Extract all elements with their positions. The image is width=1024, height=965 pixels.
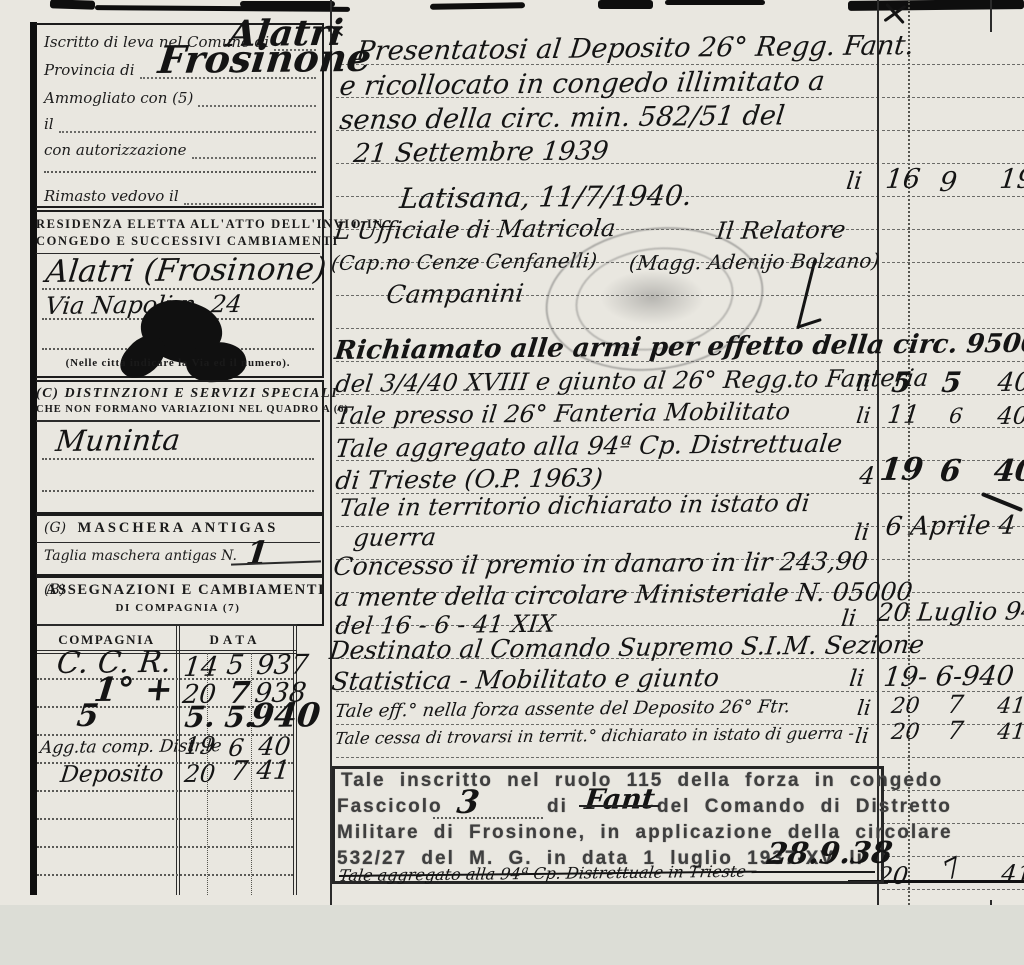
entry-presentato-3: senso della circ. min. 582/51 del — [338, 100, 786, 136]
field-il-label: il — [44, 115, 54, 133]
scanned-document-page: Iscritto di leva nel Comune di Alatri Pr… — [0, 0, 1024, 905]
date-year: 40 — [996, 402, 1024, 430]
date-month: 7 — [946, 716, 965, 745]
dotted-leader — [42, 490, 314, 492]
entry-presentato-4: 21 Settembre 1939 — [352, 136, 610, 169]
scanner-background — [0, 905, 1024, 965]
entry-richiamato-3: Tale presso il 26° Fanteria Mobilitato — [334, 397, 792, 430]
date-span-1940: 19- 6-940 — [882, 661, 1016, 693]
date-day: 20 — [890, 720, 921, 745]
stamp-text-fascicolo: Fascicolo — [337, 796, 443, 818]
assignments-header-2: DI COMPAGNIA (7) — [36, 602, 320, 614]
torn-edge-fragment — [430, 2, 525, 10]
entry-richiamato-4: Tale aggregato alla 94ª Cp. Distrettuale — [334, 429, 844, 463]
entry-destinato-2: Statistica - Mobilitato e giunto — [330, 663, 721, 696]
li-mark: li — [840, 606, 858, 632]
li-mark: 4 — [858, 462, 876, 490]
table-column-line — [176, 624, 177, 895]
date-month: 6 — [948, 404, 964, 428]
li-mark: li — [854, 724, 870, 748]
pen-underline — [755, 871, 875, 873]
table-column-line — [179, 624, 180, 895]
table-row-company: 5 — [75, 698, 101, 734]
table-row-day: 20 — [183, 760, 217, 788]
residence-value-1: Alatri (Frosinone) — [44, 251, 328, 290]
date-year: 41 — [996, 720, 1024, 745]
li-mark: li — [855, 372, 872, 397]
signature-title-right: Il Relatore — [715, 216, 847, 245]
entry-presentato-1: Presentatosi al Deposito 26° Regg. Fant. — [355, 30, 916, 67]
distinctions-value: Muninta — [54, 423, 182, 458]
distinctions-header-1: (C) DISTINZIONI E SERVIZI SPECIALI — [36, 386, 320, 402]
table-row-day: 14 — [182, 652, 220, 683]
col-header-data: DATA — [176, 632, 294, 648]
registration-date-value: 28.9.38 — [765, 836, 894, 872]
strike-line — [579, 805, 659, 807]
date-day: 19 — [878, 452, 925, 488]
torn-edge-fragment — [598, 0, 653, 9]
torn-edge-fragment — [665, 0, 765, 5]
signature-name-left-2: Campanini — [385, 279, 525, 309]
field-vedovo-label: Rimasto vedovo il — [44, 187, 179, 205]
dotted-leader — [44, 171, 316, 173]
date-day: 20 — [890, 694, 921, 719]
table-border — [37, 624, 297, 626]
gas-mask-header: MASCHERA ANTIGAS — [36, 520, 320, 537]
entry-premio-2: a mente della circolare Ministeriale N. … — [333, 577, 914, 612]
dotted-leader — [192, 144, 316, 159]
date-span-aprile: 6 Aprile 4 — [884, 511, 1017, 542]
torn-edge-fragment — [50, 0, 95, 10]
place-date-line: Latisana, 11/7/1940. — [398, 179, 694, 215]
signature-title-left: L'Ufficiale di Matricola — [333, 214, 617, 245]
distinctions-header-2: CHE NON FORMANO VARIAZIONI NEL QUADRO A … — [36, 404, 320, 415]
torn-edge-fragment — [848, 0, 1024, 11]
date-year: 41 — [996, 694, 1024, 719]
table-row-line — [37, 818, 293, 820]
table-row-month: 7 — [229, 756, 250, 787]
residence-footnote: (Nelle città indicare la Via ed il numer… — [36, 357, 320, 369]
stamp-smudge — [600, 270, 705, 325]
fascicolo-number: 3 — [455, 783, 482, 821]
table-row-company: 1° + — [92, 669, 175, 709]
dotted-leader — [42, 458, 314, 460]
residence-header-2: CONGEDO E SUCCESSIVI CAMBIAMENTI — [36, 234, 320, 249]
assignments-header-box: (B) ASSEGNAZIONI E CAMBIAMENTI DI COMPAG… — [36, 576, 324, 626]
entry-territorio-1: Tale in territorio dichiarato in istato … — [338, 489, 811, 522]
field-provincia-label: Provincia di — [44, 61, 135, 79]
dotted-leader — [433, 817, 543, 819]
entry-richiamato-5: di Trieste (O.P. 1963) — [334, 463, 604, 495]
table-row-line — [37, 846, 293, 848]
field-ammogliato: Ammogliato con (5) — [44, 89, 316, 107]
residence-box: RESIDENZA ELETTA ALL'ATTO DELL'INVIO IN … — [36, 210, 324, 378]
li-mark: li — [856, 696, 872, 720]
divider — [36, 542, 320, 543]
table-row-day: 19 — [183, 732, 217, 760]
li-mark: li — [853, 520, 871, 546]
date-month: 6 — [938, 454, 963, 489]
table-row-company: Deposito — [59, 761, 165, 788]
table-row-line — [37, 790, 293, 792]
date-month: 7 — [946, 690, 965, 719]
dotted-leader — [184, 190, 316, 205]
table-row-year: 940 — [249, 695, 322, 735]
date-span-luglio: 20 Luglio 941 — [876, 596, 1024, 627]
date-day: 16 — [884, 164, 922, 195]
dotted-leader — [59, 118, 316, 133]
field-il: il — [44, 115, 316, 133]
li-mark: li — [855, 404, 872, 429]
arma-value: Fant — [583, 782, 657, 816]
field-autorizzazione-label: con autorizzazione — [44, 141, 187, 159]
date-month: 5 — [940, 366, 963, 399]
assignments-header-1: ASSEGNAZIONI E CAMBIAMENTI — [46, 582, 320, 599]
date-month: 9 — [938, 167, 959, 198]
table-column-line — [251, 653, 252, 895]
table-row-day: 5. — [183, 700, 217, 734]
entry-premio-1: Concesso il premio in danaro in lir 243,… — [332, 546, 869, 581]
gas-mask-size-label: Taglia maschera antigas N. — [44, 548, 237, 564]
stamp-text-line-2c: del Comando di Distretto — [657, 796, 952, 818]
table-row-year: 937 — [255, 649, 310, 681]
signature-name-left: (Cap.no Cenze Cenfanelli) — [330, 248, 598, 275]
gas-mask-size-value: 1 — [244, 534, 271, 572]
registry-box: Iscritto di leva nel Comune di Alatri Pr… — [36, 23, 324, 208]
residence-header-1: RESIDENZA ELETTA ALL'ATTO DELL'INVIO IN — [36, 217, 320, 232]
field-vedovo: Rimasto vedovo il — [44, 187, 316, 205]
torn-edge-fragment — [240, 1, 335, 7]
struck-date-year: 41 — [1000, 860, 1024, 888]
stamp-text-di: di — [547, 796, 568, 818]
company-table: COMPAGNIA DATA C. C. R. 14 5 937 1° + 20… — [37, 624, 297, 895]
date-year: 40 — [996, 368, 1024, 398]
distinctions-box: (C) DISTINZIONI E SERVIZI SPECIALI CHE N… — [36, 380, 324, 514]
date-day: 5 — [890, 366, 913, 399]
field-autorizzazione: con autorizzazione — [44, 141, 316, 159]
entry-territorio-2: guerra — [352, 523, 438, 552]
date-year: 40 — [992, 454, 1024, 489]
date-year: 19 — [998, 164, 1024, 195]
divider — [36, 420, 320, 422]
li-mark: li — [845, 167, 864, 195]
date-day: 11 — [886, 400, 921, 429]
entry-presentato-2: e ricollocato in congedo illimitato a — [338, 66, 826, 102]
dotted-leader — [198, 92, 316, 107]
field-ammogliato-label: Ammogliato con (5) — [44, 89, 193, 107]
gas-mask-box: (G) MASCHERA ANTIGAS Taglia maschera ant… — [36, 514, 324, 576]
li-mark: li — [848, 666, 866, 692]
table-row-year: 41 — [255, 756, 292, 786]
table-row-line — [37, 874, 293, 876]
